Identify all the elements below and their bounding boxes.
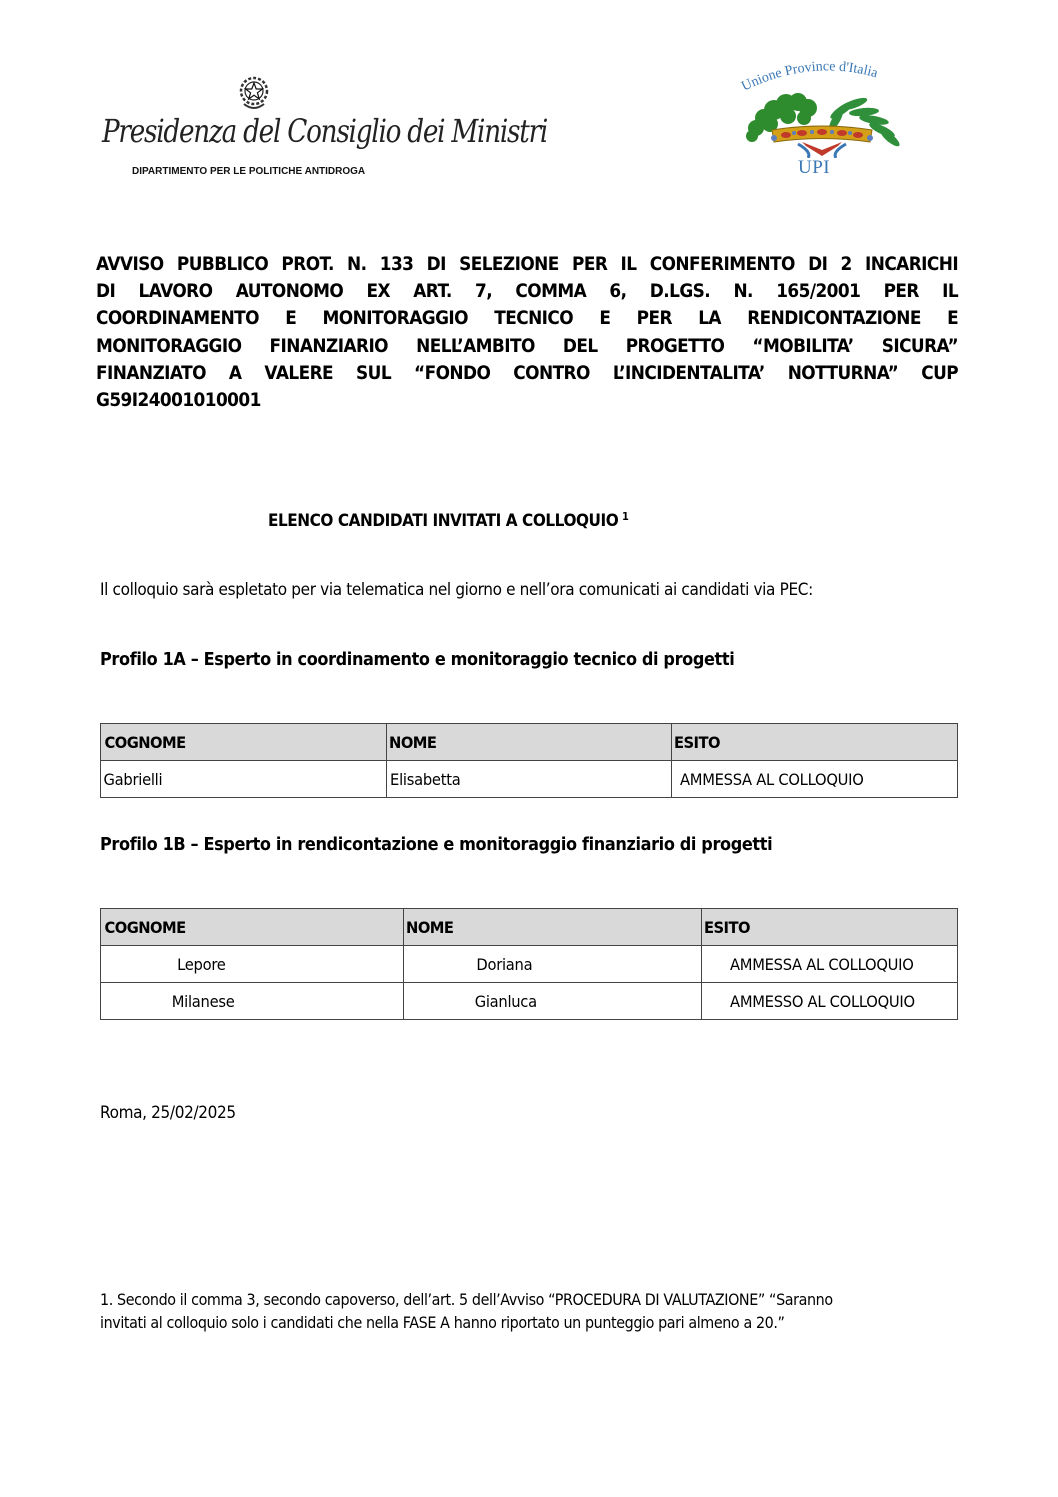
title-line: DI LAVORO AUTONOMO EX ART. 7, COMMA 6, D…	[96, 278, 958, 305]
profile-1a-title: Profilo 1A – Esperto in coordinamento e …	[100, 650, 734, 670]
column-header-cognome: COGNOME	[101, 724, 387, 761]
column-header-nome: NOME	[403, 909, 701, 946]
column-header-cognome: COGNOME	[101, 909, 404, 946]
table-header-row: COGNOME NOME ESITO	[101, 724, 958, 761]
cell-esito: AMMESSO AL COLLOQUIO	[701, 983, 957, 1020]
department-name: DIPARTIMENTO PER LE POLITICHE ANTIDROGA	[132, 166, 365, 177]
cell-nome: Doriana	[403, 946, 701, 983]
title-line: AVVISO PUBBLICO PROT. N. 133 DI SELEZION…	[96, 251, 958, 278]
italian-republic-emblem-icon	[236, 74, 272, 114]
footnote: 1. Secondo il comma 3, secondo capoverso…	[100, 1288, 955, 1334]
column-header-esito: ESITO	[671, 724, 957, 761]
cell-esito: AMMESSA AL COLLOQUIO	[701, 946, 957, 983]
title-line: FINANZIATO A VALERE SUL “FONDO CONTRO L’…	[96, 360, 958, 387]
table-row: Milanese Gianluca AMMESSO AL COLLOQUIO	[101, 983, 958, 1020]
section-heading-text: ELENCO CANDIDATI INVITATI A COLLOQUIO	[268, 511, 618, 531]
table-row: Gabrielli Elisabetta AMMESSA AL COLLOQUI…	[101, 761, 958, 798]
section-heading: ELENCO CANDIDATI INVITATI A COLLOQUIO1	[268, 510, 628, 531]
cell-cognome: Gabrielli	[101, 761, 387, 798]
institution-logotype: Presidenza del Consiglio dei Ministri	[102, 112, 364, 167]
profile-1a-table: COGNOME NOME ESITO Gabrielli Elisabetta …	[100, 723, 958, 798]
upi-crown-emblem-icon	[742, 88, 902, 158]
table-header-row: COGNOME NOME ESITO	[101, 909, 958, 946]
cell-cognome: Lepore	[101, 946, 404, 983]
table-row: Lepore Doriana AMMESSA AL COLLOQUIO	[101, 946, 958, 983]
cell-nome: Gianluca	[403, 983, 701, 1020]
place-date: Roma, 25/02/2025	[100, 1103, 236, 1123]
footnote-reference: 1	[622, 510, 628, 523]
title-line: MONITORAGGIO FINANZIARIO NELL’AMBITO DEL…	[96, 333, 958, 360]
column-header-esito: ESITO	[701, 909, 957, 946]
cell-cognome: Milanese	[101, 983, 404, 1020]
title-line: COORDINAMENTO E MONITORAGGIO TECNICO E P…	[96, 305, 958, 332]
footnote-line: 1. Secondo il comma 3, secondo capoverso…	[100, 1288, 955, 1311]
profile-1b-title: Profilo 1B – Esperto in rendicontazione …	[100, 835, 772, 855]
notice-title: AVVISO PUBBLICO PROT. N. 133 DI SELEZION…	[96, 251, 958, 414]
profile-1b-table: COGNOME NOME ESITO Lepore Doriana AMMESS…	[100, 908, 958, 1020]
column-header-nome: NOME	[387, 724, 671, 761]
intro-paragraph: Il colloquio sarà espletato per via tele…	[100, 580, 813, 600]
title-line: G59I24001010001	[96, 387, 958, 414]
upi-acronym: UPI	[798, 157, 830, 179]
cell-nome: Elisabetta	[387, 761, 671, 798]
cell-esito: AMMESSA AL COLLOQUIO	[671, 761, 957, 798]
footnote-line: invitati al colloquio solo i candidati c…	[100, 1311, 955, 1334]
